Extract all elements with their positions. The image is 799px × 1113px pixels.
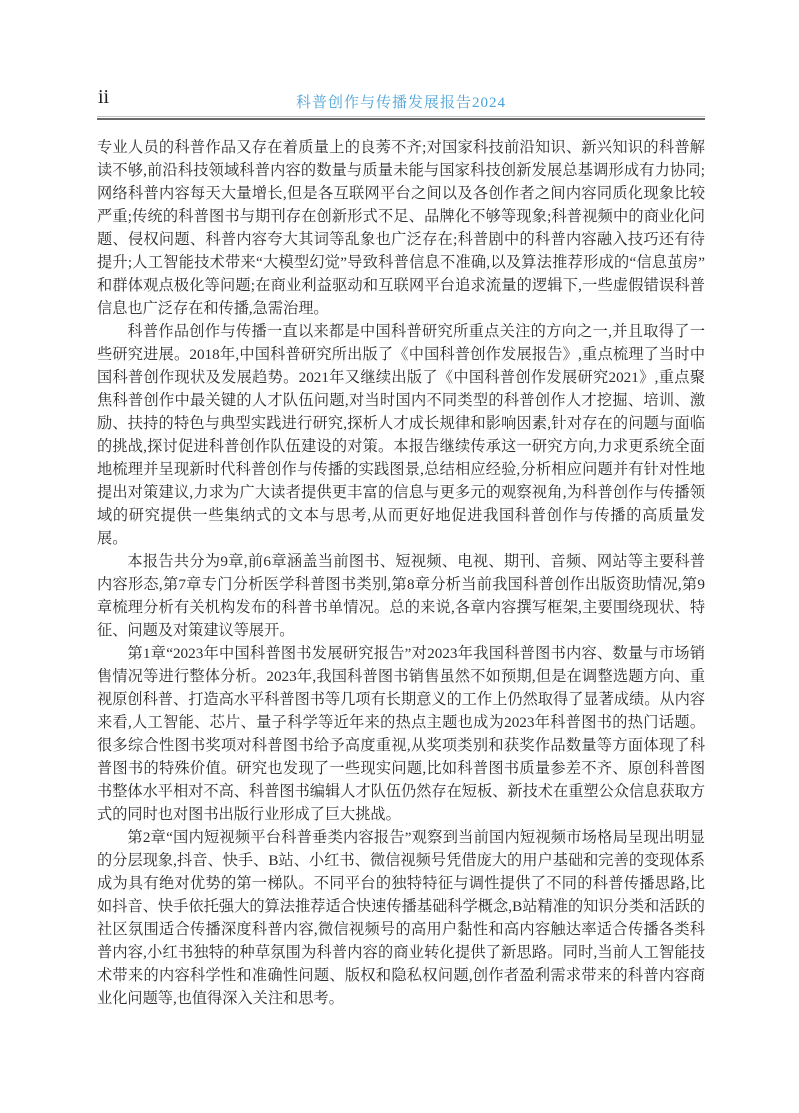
- header-rule: [97, 116, 705, 121]
- paragraph: 科普作品创作与传播一直以来都是中国科普研究所重点关注的方向之一,并且取得了一些研…: [97, 320, 705, 550]
- paragraph: 第2章“国内短视频平台科普垂类内容报告”观察到当前国内短视频市场格局呈现出明显的…: [97, 826, 705, 1010]
- page-body: 专业人员的科普作品又存在着质量上的良莠不齐;对国家科技前沿知识、新兴知识的科普解…: [97, 136, 705, 1010]
- paragraph: 第1章“2023年中国科普图书发展研究报告”对2023年我国科普图书内容、数量与…: [97, 642, 705, 826]
- running-header-title: 科普创作与传播发展报告2024: [97, 91, 705, 112]
- paragraph: 本报告共分为9章,前6章涵盖当前图书、短视频、电视、期刊、音频、网站等主要科普内…: [97, 550, 705, 642]
- page-header: ii 科普创作与传播发展报告2024: [97, 86, 705, 112]
- paragraph: 专业人员的科普作品又存在着质量上的良莠不齐;对国家科技前沿知识、新兴知识的科普解…: [97, 136, 705, 320]
- document-page: ii 科普创作与传播发展报告2024 专业人员的科普作品又存在着质量上的良莠不齐…: [0, 0, 799, 1113]
